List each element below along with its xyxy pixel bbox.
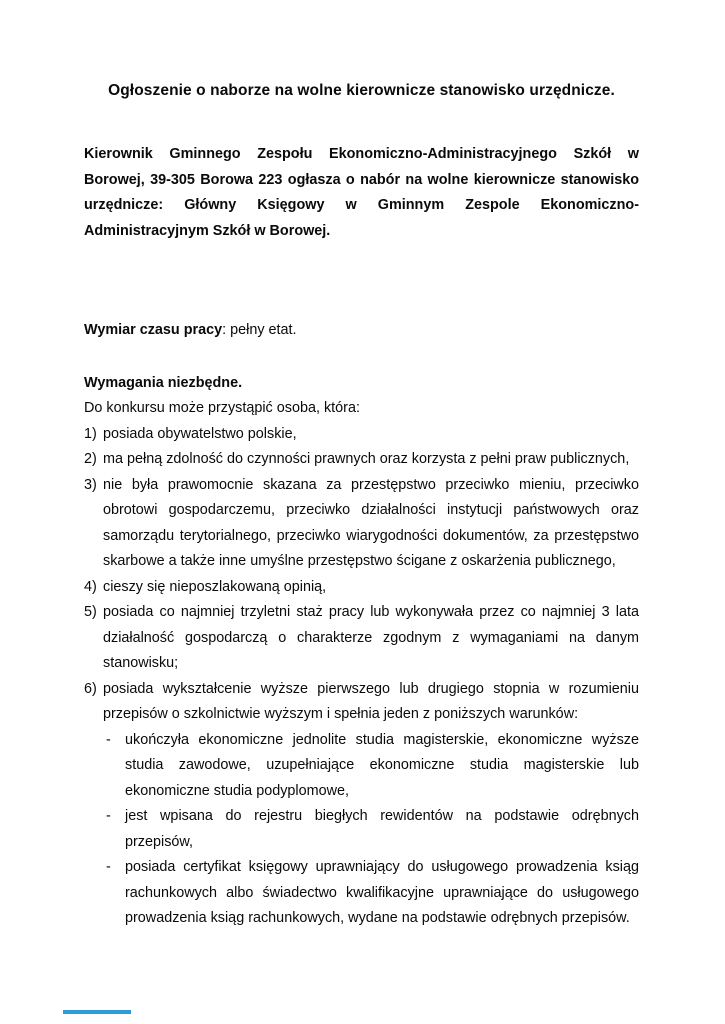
item-number: 5) — [84, 600, 103, 677]
document-page: Ogłoszenie o naborze na wolne kierownicz… — [0, 0, 725, 1024]
work-time-label: Wymiar czasu pracy — [84, 322, 222, 338]
requirement-subitem: - jest wpisana do rejestru biegłych rewi… — [106, 804, 639, 855]
subitem-text: ukończyła ekonomiczne jednolite studia m… — [125, 728, 639, 805]
dash-marker: - — [106, 804, 125, 855]
work-time-value: : pełny etat. — [222, 322, 296, 338]
subitem-text: jest wpisana do rejestru biegłych rewide… — [125, 804, 639, 855]
requirements-heading: Wymagania niezbędne. — [84, 371, 639, 397]
item-number: 6) — [84, 677, 103, 728]
item-number: 1) — [84, 422, 103, 448]
intro-paragraph: Kierownik Gminnego Zespołu Ekonomiczno-A… — [84, 142, 639, 244]
requirement-item: 6) posiada wykształcenie wyższe pierwsze… — [84, 677, 639, 728]
subitem-text: posiada certyfikat księgowy uprawniający… — [125, 855, 639, 932]
item-number: 3) — [84, 473, 103, 575]
requirement-item: 3) nie była prawomocnie skazana za przes… — [84, 473, 639, 575]
document-title: Ogłoszenie o naborze na wolne kierownicz… — [84, 78, 639, 104]
item-text: cieszy się nieposzlakowaną opinią, — [103, 575, 639, 601]
work-time-line: Wymiar czasu pracy: pełny etat. — [84, 318, 639, 344]
requirement-subitem: - posiada certyfikat księgowy uprawniają… — [106, 855, 639, 932]
item-text: ma pełną zdolność do czynności prawnych … — [103, 447, 639, 473]
item-text: posiada co najmniej trzyletni staż pracy… — [103, 600, 639, 677]
requirement-item: 5) posiada co najmniej trzyletni staż pr… — [84, 600, 639, 677]
item-number: 4) — [84, 575, 103, 601]
requirement-item: 4) cieszy się nieposzlakowaną opinią, — [84, 575, 639, 601]
requirement-subitem: - ukończyła ekonomiczne jednolite studia… — [106, 728, 639, 805]
footer-accent-line — [63, 1010, 131, 1014]
requirement-item: 2) ma pełną zdolność do czynności prawny… — [84, 447, 639, 473]
item-text: posiada obywatelstwo polskie, — [103, 422, 639, 448]
dash-marker: - — [106, 855, 125, 932]
requirements-lead: Do konkursu może przystąpić osoba, która… — [84, 396, 639, 422]
dash-marker: - — [106, 728, 125, 805]
requirement-item: 1) posiada obywatelstwo polskie, — [84, 422, 639, 448]
item-text: nie była prawomocnie skazana za przestęp… — [103, 473, 639, 575]
item-text: posiada wykształcenie wyższe pierwszego … — [103, 677, 639, 728]
item-number: 2) — [84, 447, 103, 473]
